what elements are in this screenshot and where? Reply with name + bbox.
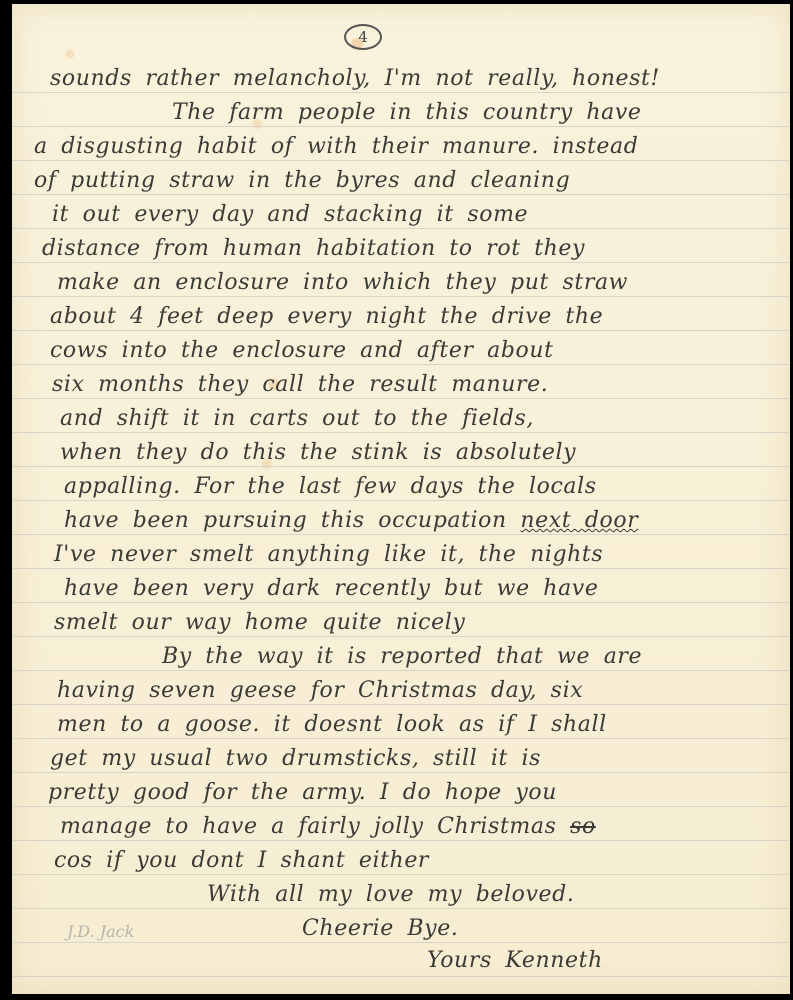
- ruled-line: [12, 92, 790, 93]
- ruled-line: [12, 636, 790, 637]
- ruled-line: [12, 738, 790, 739]
- ruled-line: [12, 194, 790, 195]
- ruled-line: [12, 704, 790, 705]
- letter-line-text: have been pursuing this occupation: [64, 508, 507, 533]
- letter-line: have been very dark recently but we have: [64, 576, 598, 601]
- pencil-annotation: J.D. Jack: [67, 922, 134, 941]
- letter-line: cows into the enclosure and after about: [50, 338, 554, 363]
- letter-line: cos if you dont I shant either: [54, 848, 429, 873]
- letter-line: manage to have a fairly jolly Christmas …: [60, 814, 596, 839]
- ruled-line: [12, 364, 790, 365]
- ruled-line: [12, 160, 790, 161]
- letter-line: and shift it in carts out to the fields,: [60, 406, 534, 431]
- letter-line: when they do this the stink is absolutel…: [60, 440, 576, 465]
- signature: Yours Kenneth: [427, 948, 603, 973]
- letter-line: distance from human habitation to rot th…: [42, 236, 585, 261]
- letter-line: I've never smelt anything like it, the n…: [54, 542, 603, 567]
- ruled-line: [12, 398, 790, 399]
- ruled-line: [12, 534, 790, 535]
- letter-line: six months they call the result manure.: [52, 372, 548, 397]
- letter-line: of putting straw in the byres and cleani…: [34, 168, 570, 193]
- letter-line: men to a goose. it doesnt look as if I s…: [57, 712, 607, 737]
- letter-line: sounds rather melancholy, I'm not really…: [50, 66, 660, 91]
- ruled-line: [12, 296, 790, 297]
- letter-line: it out every day and stacking it some: [52, 202, 528, 227]
- letter-line-text: manage to have a fairly jolly Christmas: [60, 814, 556, 839]
- ruled-line: [12, 806, 790, 807]
- ruled-line: [12, 942, 790, 943]
- letter-line: a disgusting habit of with their manure.…: [34, 134, 638, 159]
- ruled-line: [12, 228, 790, 229]
- letter-line: pretty good for the army. I do hope you: [48, 780, 557, 805]
- ruled-line: [12, 908, 790, 909]
- ruled-line: [12, 840, 790, 841]
- ruled-line: [12, 670, 790, 671]
- letter-line: having seven geese for Christmas day, si…: [57, 678, 583, 703]
- ruled-line: [12, 976, 790, 977]
- letter-page: 4 sounds rather melancholy, I'm not real…: [12, 4, 790, 994]
- ruled-line: [12, 432, 790, 433]
- struck-word: so: [570, 814, 596, 839]
- letter-line: make an enclosure into which they put st…: [57, 270, 628, 295]
- ruled-line: [12, 500, 790, 501]
- ruled-line: [12, 568, 790, 569]
- letter-line: smelt our way home quite nicely: [54, 610, 465, 635]
- closing-line: With all my love my beloved.: [207, 882, 574, 907]
- letter-line: The farm people in this country have: [172, 100, 642, 125]
- letter-line: get my usual two drumsticks, still it is: [50, 746, 541, 771]
- underlined-phrase: next door: [520, 508, 638, 533]
- ruled-line: [12, 602, 790, 603]
- letter-line: By the way it is reported that we are: [162, 644, 642, 669]
- letter-line: appalling. For the last few days the loc…: [64, 474, 597, 499]
- ruled-line: [12, 466, 790, 467]
- letter-line: about 4 feet deep every night the drive …: [50, 304, 603, 329]
- ruled-line: [12, 772, 790, 773]
- ruled-line: [12, 126, 790, 127]
- letter-line: have been pursuing this occupation next …: [64, 508, 638, 533]
- ruled-line: [12, 330, 790, 331]
- ruled-line: [12, 874, 790, 875]
- ruled-line: [12, 262, 790, 263]
- closing-farewell: Cheerie Bye.: [302, 916, 458, 941]
- page-number: 4: [344, 24, 382, 50]
